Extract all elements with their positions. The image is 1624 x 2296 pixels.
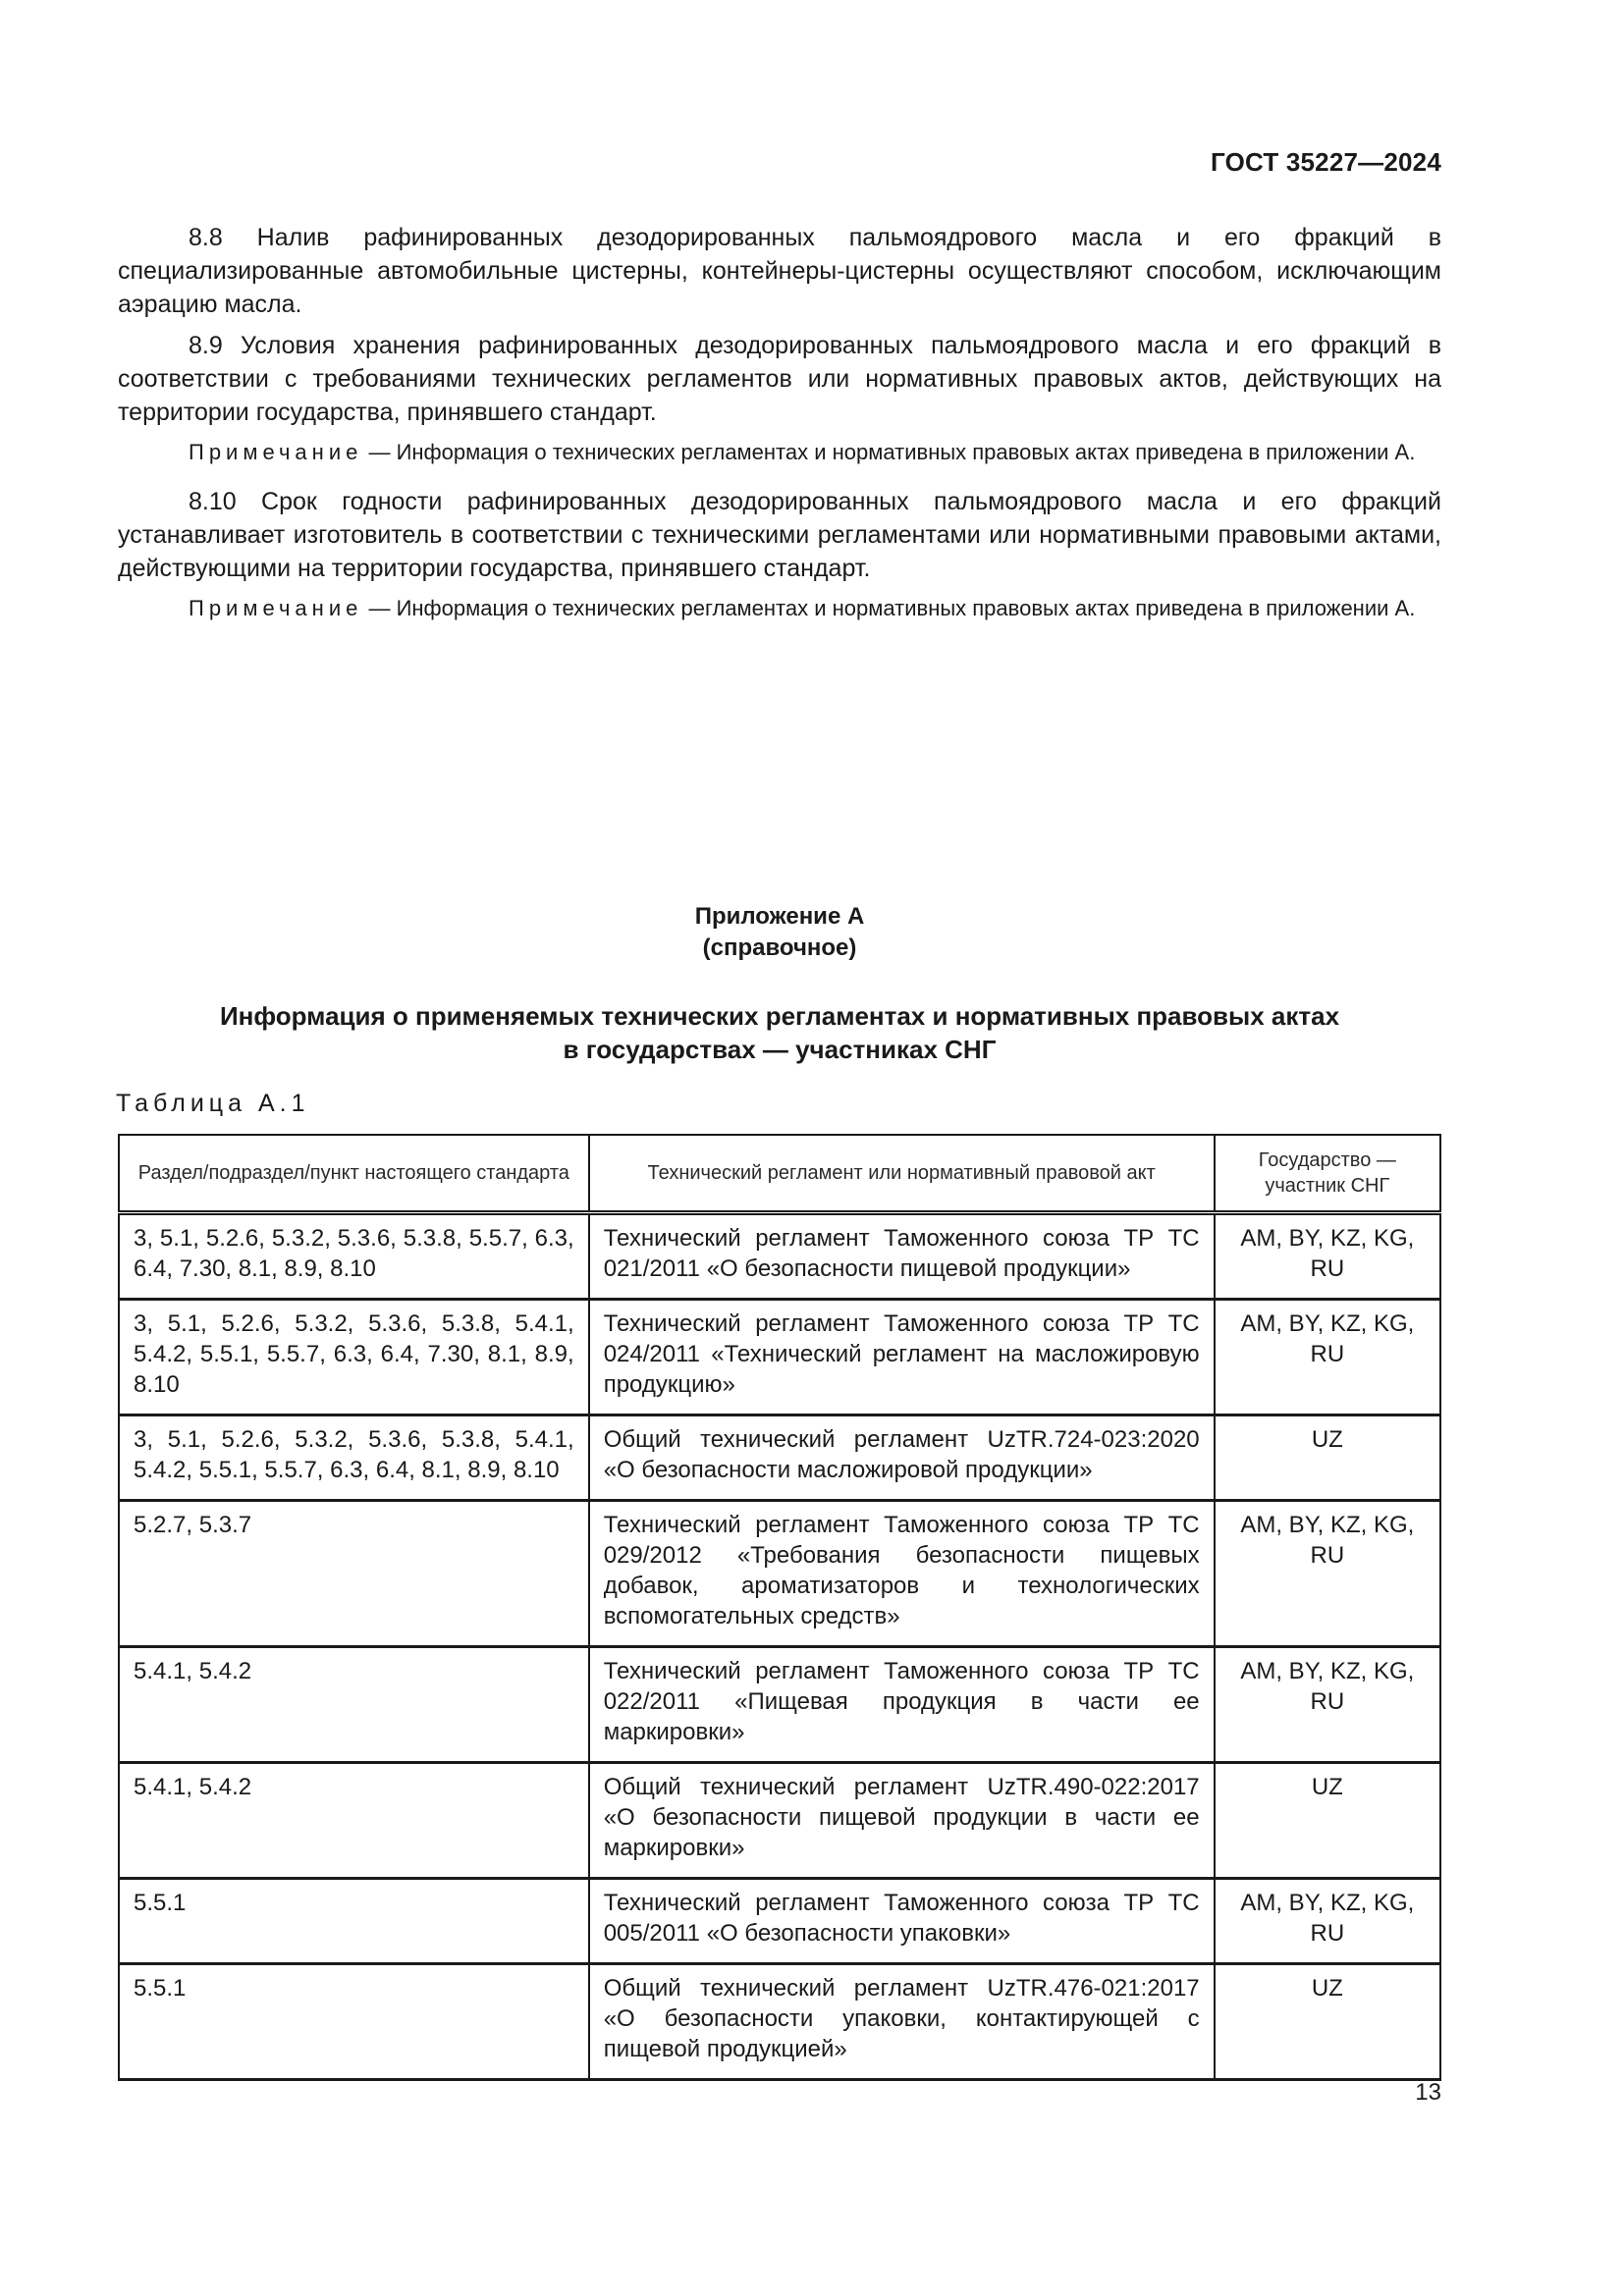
table-row: 5.4.1, 5.4.2 Общий технический регламент… <box>119 1763 1440 1879</box>
note-2: Примечание — Информация о технических ре… <box>118 593 1441 623</box>
cell-act: Технический регламент Таможенного союза … <box>589 1879 1215 1964</box>
regulations-table: Раздел/подраздел/пункт настоящего станда… <box>118 1134 1441 2081</box>
cell-states: AM, BY, KZ, KG, RU <box>1215 1501 1440 1647</box>
table-row: 3, 5.1, 5.2.6, 5.3.2, 5.3.6, 5.3.8, 5.4.… <box>119 1415 1440 1501</box>
appendix-heading: Приложение А <box>118 901 1441 933</box>
header-sections: Раздел/подраздел/пункт настоящего станда… <box>119 1135 589 1213</box>
cell-act: Технический регламент Таможенного союза … <box>589 1300 1215 1415</box>
cell-states: UZ <box>1215 1415 1440 1501</box>
cell-act: Общий технический регламент UzTR.724-023… <box>589 1415 1215 1501</box>
cell-sections: 3, 5.1, 5.2.6, 5.3.2, 5.3.6, 5.3.8, 5.4.… <box>119 1415 589 1501</box>
table-row: 5.5.1 Технический регламент Таможенного … <box>119 1879 1440 1964</box>
cell-act: Общий технический регламент UzTR.490-022… <box>589 1763 1215 1879</box>
page-number: 13 <box>1415 2079 1441 2107</box>
document-id: ГОСТ 35227—2024 <box>1211 147 1441 178</box>
cell-states: AM, BY, KZ, KG, RU <box>1215 1879 1440 1964</box>
cell-act: Технический регламент Таможенного союза … <box>589 1647 1215 1763</box>
cell-sections: 3, 5.1, 5.2.6, 5.3.2, 5.3.6, 5.3.8, 5.5.… <box>119 1213 589 1300</box>
cell-states: UZ <box>1215 1763 1440 1879</box>
appendix-title: Информация о применяемых технических рег… <box>118 999 1441 1066</box>
cell-sections: 5.5.1 <box>119 1879 589 1964</box>
cell-states: AM, BY, KZ, KG, RU <box>1215 1213 1440 1300</box>
cell-states: AM, BY, KZ, KG, RU <box>1215 1647 1440 1763</box>
cell-act: Общий технический регламент UzTR.476-021… <box>589 1964 1215 2080</box>
cell-sections: 5.4.1, 5.4.2 <box>119 1647 589 1763</box>
note-label: Примечание <box>189 440 362 464</box>
table-header-row: Раздел/подраздел/пункт настоящего станда… <box>119 1135 1440 1213</box>
paragraph-8-10: 8.10 Срок годности рафинированных дезодо… <box>118 485 1441 585</box>
header-act: Технический регламент или нормативный пр… <box>589 1135 1215 1213</box>
cell-act: Технический регламент Таможенного союза … <box>589 1501 1215 1647</box>
table-row: 5.2.7, 5.3.7 Технический регламент Тамож… <box>119 1501 1440 1647</box>
cell-sections: 5.2.7, 5.3.7 <box>119 1501 589 1647</box>
cell-sections: 5.5.1 <box>119 1964 589 2080</box>
cell-states: AM, BY, KZ, KG, RU <box>1215 1300 1440 1415</box>
table-row: 3, 5.1, 5.2.6, 5.3.2, 5.3.6, 5.3.8, 5.4.… <box>119 1300 1440 1415</box>
table-caption: Таблица А.1 <box>116 1090 310 1118</box>
appendix-title-line-1: Информация о применяемых технических рег… <box>118 999 1441 1033</box>
cell-act: Технический регламент Таможенного союза … <box>589 1213 1215 1300</box>
appendix-title-line-2: в государствах — участниках СНГ <box>118 1033 1441 1066</box>
section-8-body: 8.8 Налив рафинированных дезодорированны… <box>118 221 1441 641</box>
cell-sections: 3, 5.1, 5.2.6, 5.3.2, 5.3.6, 5.3.8, 5.4.… <box>119 1300 589 1415</box>
cell-states: UZ <box>1215 1964 1440 2080</box>
paragraph-8-9: 8.9 Условия хранения рафинированных дезо… <box>118 329 1441 429</box>
note-label: Примечание <box>189 596 362 620</box>
table-row: 5.5.1 Общий технический регламент UzTR.4… <box>119 1964 1440 2080</box>
header-states: Государство — участник СНГ <box>1215 1135 1440 1213</box>
note-text: — Информация о технических регламентах и… <box>362 596 1415 620</box>
table-row: 3, 5.1, 5.2.6, 5.3.2, 5.3.6, 5.3.8, 5.5.… <box>119 1213 1440 1300</box>
cell-sections: 5.4.1, 5.4.2 <box>119 1763 589 1879</box>
note-text: — Информация о технических регламентах и… <box>362 440 1415 464</box>
paragraph-8-8: 8.8 Налив рафинированных дезодорированны… <box>118 221 1441 321</box>
table-row: 5.4.1, 5.4.2 Технический регламент Тамож… <box>119 1647 1440 1763</box>
appendix-heading-block: Приложение А (справочное) Информация о п… <box>118 901 1441 1066</box>
note-1: Примечание — Информация о технических ре… <box>118 437 1441 467</box>
appendix-status: (справочное) <box>118 933 1441 964</box>
